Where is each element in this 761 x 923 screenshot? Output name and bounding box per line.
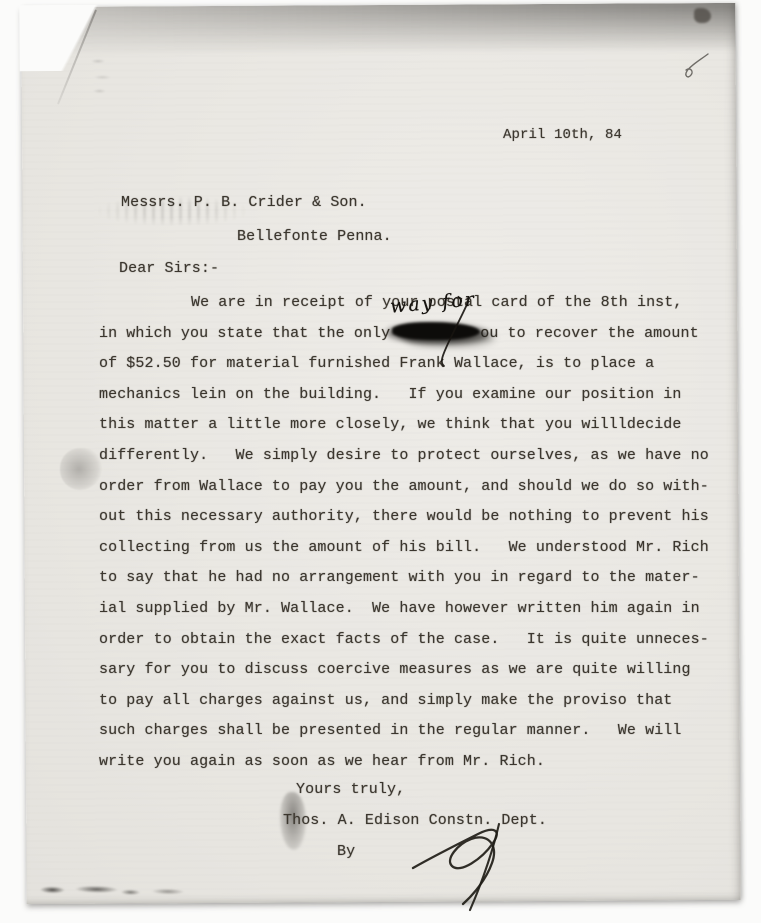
body-line-with-blot: in which you state that the onlyou to re… [99,319,739,350]
body-line: this matter a little more closely, we th… [99,410,739,441]
recipient-city-line: Bellefonte Penna. [237,228,392,245]
signed-by-label: By [337,843,355,860]
body-line2-post: ou to recover the amount [480,325,698,342]
body-line: out this necessary authority, there woul… [99,502,739,533]
body-line: mechanics lein on the building. If you e… [99,380,739,411]
body-line2-pre: in which you state that the only [99,325,390,342]
handwritten-signature [410,822,530,914]
letter-body: We are in receipt of your postal card of… [99,288,739,778]
body-line: differently. We simply desire to protect… [99,441,739,472]
body-line: ial supplied by Mr. Wallace. We have how… [99,594,739,625]
date-line: April 10th, 84 [503,127,622,143]
body-line: order to obtain the exact facts of the c… [99,625,739,656]
recipient-line: Messrs. P. B. Crider & Son. [121,194,367,211]
closing-line: Yours truly, [296,781,405,798]
body-line: write you again as soon as we hear from … [99,747,739,778]
salutation-line: Dear Sirs:- [119,260,219,277]
body-line: to say that he had no arrangement with y… [99,563,739,594]
body-line: collecting from us the amount of his bil… [99,533,739,564]
body-line: of $52.50 for material furnished Frank W… [99,349,739,380]
body-line: order from Wallace to pay you the amount… [99,472,739,503]
body-line: such charges shall be presented in the r… [99,716,739,747]
scanned-letter-page: April 10th, 84 Messrs. P. B. Crider & So… [0,0,761,923]
body-line: to pay all charges against us, and simpl… [99,686,739,717]
handwritten-tail-stroke [428,300,478,370]
folded-corner-top-left [19,4,149,71]
body-line: sary for you to discuss coercive measure… [99,655,739,686]
